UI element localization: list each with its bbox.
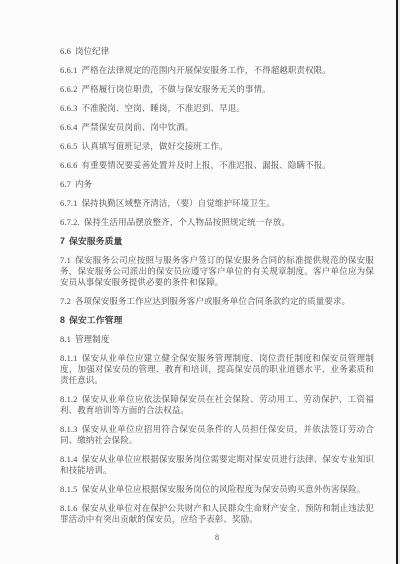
clause-text: 严格在法律规定的范围内开展保安服务工作，不得超越职责权限。	[82, 65, 331, 75]
clause-number: 6.6.4	[60, 122, 78, 132]
clause-7.1: 7.1保安服务公司应按照与服务客户签订的保安服务合同的标准提供规范的保安服务，保…	[60, 255, 374, 288]
clause-6.6.1: 6.6.1严格在法律规定的范围内开展保安服务工作，不得超越职责权限。	[60, 65, 374, 76]
clause-text: 有重要情况要妥善处置并及时上报，不准迟报、漏报、隐瞒不报。	[82, 160, 331, 170]
page-number: 8	[60, 533, 374, 542]
clause-text: 保安从业单位对在保护公共财产和人民群众生命财产安全、预防和制止违法犯罪活动中有突…	[60, 503, 374, 524]
clause-6.7.2.: 6.7.2.保持生活用品摆放整齐，个人物品按照规定统一存放。	[60, 217, 374, 228]
clause-number: 6.6.5	[60, 141, 78, 151]
clause-number: 8.1.4	[60, 454, 78, 464]
clause-number: 7.2	[60, 296, 71, 306]
clause-text: 保安服务质量	[69, 236, 122, 246]
clause-number: 8.1.6	[60, 503, 78, 513]
clause-number: 8.1.1	[60, 353, 78, 363]
clause-text: 认真填写值班记录，做好交接班工作。	[82, 141, 228, 151]
clause-number: 8.1	[60, 334, 71, 344]
section-heading-7: 7保安服务质量	[60, 236, 374, 247]
clause-text: 岗位纪律	[75, 46, 109, 56]
document-body: 6.6岗位纪律6.6.1严格在法律规定的范围内开展保安服务工作，不得超越职责权限…	[60, 46, 374, 542]
section-heading-8.1: 8.1管理制度	[60, 334, 374, 345]
clause-text: 保持生活用品摆放整齐，个人物品按照规定统一存放。	[84, 217, 290, 227]
clause-text: 保安服务公司应按照与服务客户签订的保安服务合同的标准提供规范的保安服务，保安服务…	[60, 255, 374, 287]
clause-number: 6.6.2	[60, 84, 78, 94]
clause-number: 8.1.2	[60, 394, 78, 404]
clause-number: 8.1.3	[60, 424, 78, 434]
clause-number: 6.7	[60, 179, 71, 189]
clause-number: 6.7.1	[60, 198, 78, 208]
clause-8.1.1: 8.1.1保安从业单位应建立健全保安服务管理制度、岗位责任制度和保安员管理制度，…	[60, 353, 374, 386]
section-heading-6.6: 6.6岗位纪律	[60, 46, 374, 57]
clause-number: 6.7.2.	[60, 217, 80, 227]
clause-text: 严禁保安员岗前、岗中饮酒。	[82, 122, 194, 132]
clause-number: 8.1.5	[60, 484, 78, 494]
clause-6.6.3: 6.6.3不准脱岗、空岗、睡岗，不准迟到、早退。	[60, 103, 374, 114]
clause-6.6.6: 6.6.6有重要情况要妥善处置并及时上报，不准迟报、漏报、隐瞒不报。	[60, 160, 374, 171]
clause-8.1.6: 8.1.6保安从业单位对在保护公共财产和人民群众生命财产安全、预防和制止违法犯罪…	[60, 503, 374, 525]
clause-number: 6.6	[60, 46, 71, 56]
clause-text: 保安从业单位应依法保障保安员在社会保险、劳动用工、劳动保护、工资福利、教育培训等…	[60, 394, 374, 415]
clause-6.6.4: 6.6.4严禁保安员岗前、岗中饮酒。	[60, 122, 374, 133]
clause-number: 8	[60, 315, 65, 325]
clause-text: 管理制度	[75, 334, 109, 344]
clause-number: 7.1	[60, 255, 71, 265]
clause-8.1.2: 8.1.2保安从业单位应依法保障保安员在社会保险、劳动用工、劳动保护、工资福利、…	[60, 394, 374, 416]
clause-text: 保持执勤区域整齐清洁，（要）自觉维护环境卫生。	[82, 198, 276, 208]
section-heading-8: 8保安工作管理	[60, 315, 374, 326]
clause-8.1.3: 8.1.3保安从业单位应招用符合保安员条件的人员担任保安员，并依法签订劳动合同、…	[60, 424, 374, 446]
clause-number: 6.6.6	[60, 160, 78, 170]
clause-text: 保安从业单位应根据保安服务岗位需要定期对保安员进行法律、保安专业知识和技能培训。	[60, 454, 374, 475]
clause-text: 严格履行岗位职责，不做与保安服务无关的事情。	[82, 84, 271, 94]
clause-6.7.1: 6.7.1保持执勤区域整齐清洁，（要）自觉维护环境卫生。	[60, 198, 374, 209]
clause-text: 保安从业单位应建立健全保安服务管理制度、岗位责任制度和保安员管理制度，加强对保安…	[60, 353, 374, 385]
clause-8.1.4: 8.1.4保安从业单位应根据保安服务岗位需要定期对保安员进行法律、保安专业知识和…	[60, 454, 374, 476]
clause-number: 6.6.3	[60, 103, 78, 113]
clause-6.6.2: 6.6.2严格履行岗位职责，不做与保安服务无关的事情。	[60, 84, 374, 95]
clause-text: 内务	[75, 179, 92, 189]
clause-number: 6.6.1	[60, 65, 78, 75]
clause-text: 保安从业单位应招用符合保安员条件的人员担任保安员，并依法签订劳动合同、缴纳社会保…	[60, 424, 374, 445]
clause-8.1.5: 8.1.5保安从业单位应根据保安服务岗位的风险程度为保安员购买意外伤害保险。	[60, 484, 374, 495]
clause-7.2: 7.2各项保安服务工作应达到服务客户或服务单位合同条款约定的质量要求。	[60, 296, 374, 307]
clause-text: 保安从业单位应根据保安服务岗位的风险程度为保安员购买意外伤害保险。	[82, 484, 366, 494]
clause-text: 保安工作管理	[69, 315, 122, 325]
clause-number: 7	[60, 236, 65, 246]
clause-text: 各项保安服务工作应达到服务客户或服务单位合同条款约定的质量要求。	[75, 296, 350, 306]
clause-6.6.5: 6.6.5认真填写值班记录，做好交接班工作。	[60, 141, 374, 152]
scanned-page: 6.6岗位纪律6.6.1严格在法律规定的范围内开展保安服务工作，不得超越职责权限…	[0, 0, 400, 564]
section-heading-6.7: 6.7内务	[60, 179, 374, 190]
clause-text: 不准脱岗、空岗、睡岗，不准迟到、早退。	[82, 103, 245, 113]
